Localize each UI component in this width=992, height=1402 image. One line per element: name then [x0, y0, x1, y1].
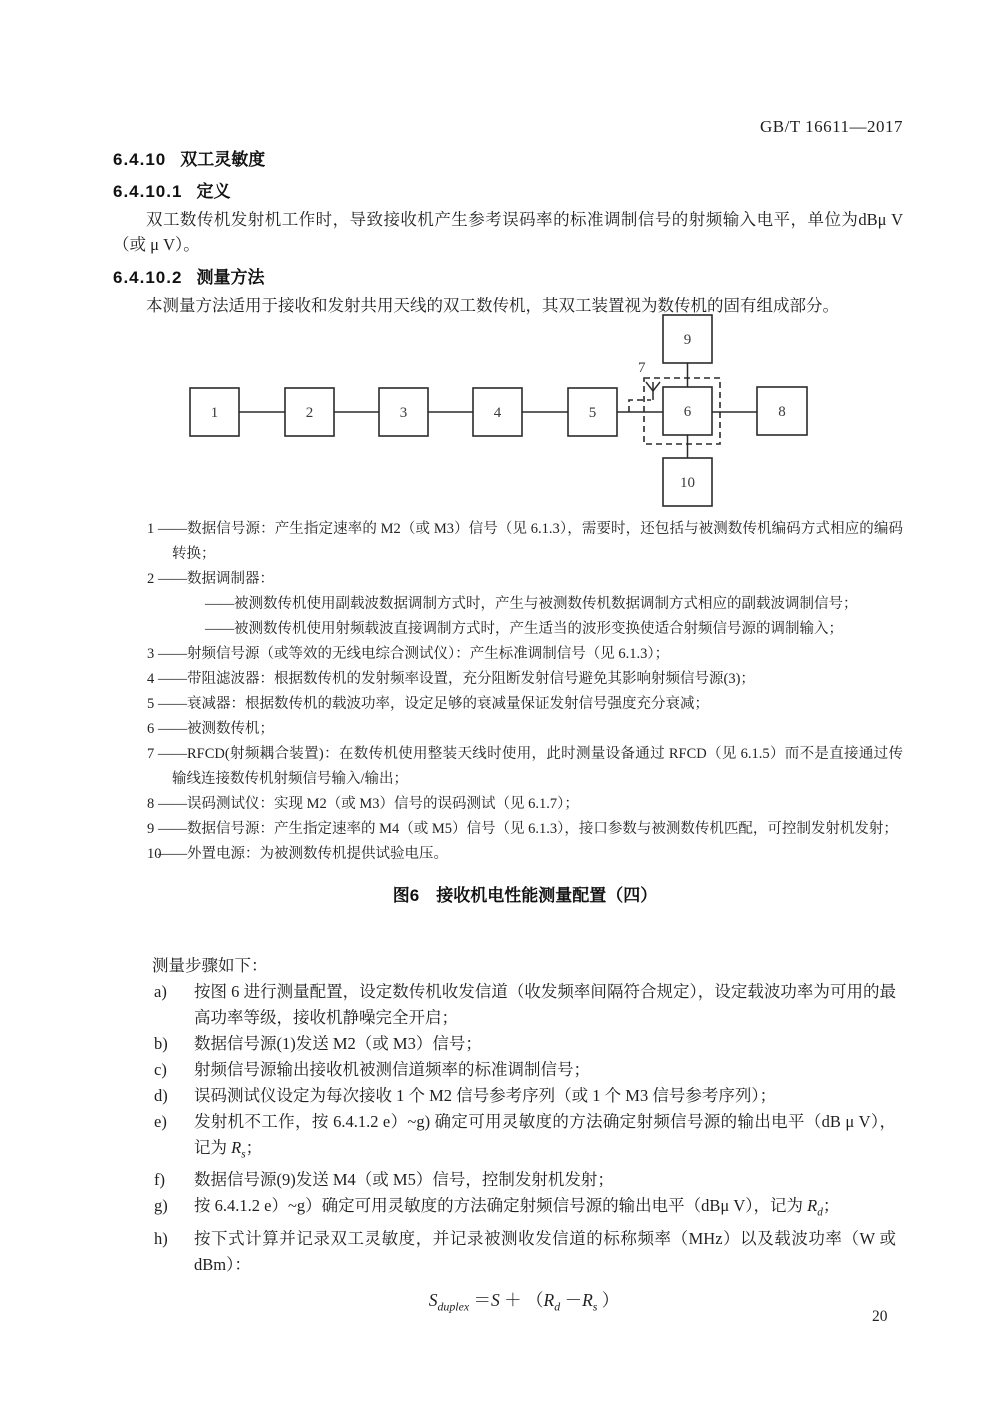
text-segment: 按下式计算并记录双工灵敏度，并记录被测收发信道的标称频率（MHz）以及载波功率（… [194, 1229, 896, 1274]
legend-item: 7——RFCD(射频耦合装置)：在数传机使用整装天线时使用，此时测量设备通过 R… [147, 742, 903, 792]
legend-item-text: ——外置电源：为被测数传机提供试验电压。 [158, 846, 448, 862]
box-2-label: 2 [306, 405, 314, 421]
legend-item-text: ——RFCD(射频耦合装置)：在数传机使用整装天线时使用，此时测量设备通过 RF… [158, 746, 903, 787]
figure-caption: 图6 接收机电性能测量配置（四） [147, 881, 903, 906]
step-label: a) [154, 979, 167, 1005]
text-segment: 数据信号源(9)发送 M4（或 M5）信号，控制发射机发射； [194, 1170, 614, 1189]
measurement-step: d)误码测试仪设定为每次接收 1 个 M2 信号参考序列（或 1 个 M3 信号… [152, 1083, 896, 1109]
math-variable: S [491, 1290, 500, 1310]
section-number: 6.4.10.1 [113, 182, 182, 201]
step-label: b) [154, 1031, 168, 1057]
diagram-box-10: 10 [663, 458, 712, 506]
legend-item-number: 7 [147, 742, 169, 767]
legend-item: 2——数据调制器： [147, 567, 903, 592]
legend-item-text: ——射频信号源（或等效的无线电综合测试仪）：产生标准调制信号（见 6.1.3）； [158, 646, 669, 662]
text-segment: ＋ （ [500, 1290, 544, 1310]
math-variable: Rs [231, 1138, 245, 1157]
standard-number: GB/T 16611—2017 [113, 116, 903, 138]
math-variable: Rs [582, 1290, 597, 1310]
text-segment: ； [823, 1196, 840, 1215]
box-4-label: 4 [494, 405, 502, 421]
text-segment: 射频信号源输出接收机被测信道频率的标准调制信号； [194, 1060, 590, 1079]
diagram-box-6: 6 [663, 387, 712, 435]
legend-item: 10——外置电源：为被测数传机提供试验电压。 [147, 842, 903, 867]
text-segment: 误码测试仪设定为每次接收 1 个 M2 信号参考序列（或 1 个 M3 信号参考… [194, 1086, 776, 1105]
text-segment: 数据信号源(1)发送 M2（或 M3）信号； [194, 1034, 482, 1053]
legend-item-text: ——衰减器：根据数传机的载波功率，设定足够的衰减量保证发射信号强度充分衰减； [158, 696, 709, 712]
diagram-box-4: 4 [473, 388, 522, 436]
box-8-label: 8 [778, 404, 786, 420]
measurement-step: h)按下式计算并记录双工灵敏度，并记录被测收发信道的标称频率（MHz）以及载波功… [152, 1226, 896, 1278]
section-title: 双工灵敏度 [180, 150, 265, 169]
legend-item: 4——带阻滤波器：根据数传机的发射频率设置，充分阻断发射信号避免其影响射频信号源… [147, 667, 903, 692]
page-number: 20 [872, 1308, 888, 1326]
steps-list: a)按图 6 进行测量配置，设定数传机收发信道（收发频率间隔符合规定），设定载波… [152, 979, 896, 1278]
legend-item: 6——被测数传机； [147, 717, 903, 742]
antenna-icon [646, 382, 660, 400]
diagram-canvas: 7 1 2 3 4 [150, 310, 850, 520]
legend-item-number: 6 [147, 717, 169, 742]
section-number: 6.4.10.2 [113, 268, 182, 287]
step-label: h) [154, 1226, 168, 1252]
step-label: c) [154, 1057, 167, 1083]
section-title: 测量方法 [196, 268, 264, 287]
diagram-box-1: 1 [190, 388, 239, 436]
diagram-box-8: 8 [757, 387, 807, 435]
legend-item-text: ——数据调制器： [158, 571, 274, 587]
legend-item-text: ——误码测试仪：实现 M2（或 M3）信号的误码测试（见 6.1.7）； [158, 796, 579, 812]
legend-item-number: 3 [147, 642, 169, 667]
legend-item-number: 1 [147, 517, 169, 542]
section-heading-6-4-10: 6.4.10双工灵敏度 [113, 149, 903, 171]
box-5-label: 5 [589, 405, 597, 421]
math-variable: Rd [807, 1196, 823, 1215]
measurement-step: a)按图 6 进行测量配置，设定数传机收发信道（收发频率间隔符合规定），设定载波… [152, 979, 896, 1031]
figure-legend-list: 1——数据信号源：产生指定速率的 M2（或 M3）信号（见 6.1.3），需要时… [147, 517, 903, 867]
duplex-sensitivity-formula: Sduplex ＝S ＋ （Rd －Rs ） [152, 1287, 896, 1320]
text-segment: ＝ [469, 1290, 491, 1310]
legend-sub-item: ——被测数传机使用射频载波直接调制方式时，产生适当的波形变换使适合射频信号源的调… [147, 617, 903, 642]
section-title: 定义 [196, 182, 230, 201]
text-segment: ； [246, 1138, 263, 1157]
diagram-box-5: 5 [568, 388, 617, 436]
step-label: e) [154, 1109, 167, 1135]
steps-intro: 测量步骤如下： [152, 953, 896, 979]
rfcd-dashed-connector [629, 400, 651, 412]
diagram-box-9: 9 [663, 315, 712, 363]
text-segment: － [560, 1290, 582, 1310]
legend-item-number: 8 [147, 792, 169, 817]
legend-item-text: ——数据信号源：产生指定速率的 M2（或 M3）信号（见 6.1.3），需要时，… [158, 521, 903, 562]
step-label: g) [154, 1193, 168, 1219]
box-1-label: 1 [211, 405, 219, 421]
rfcd-number-label: 7 [638, 360, 646, 376]
measurement-steps-block: 测量步骤如下： a)按图 6 进行测量配置，设定数传机收发信道（收发频率间隔符合… [152, 953, 896, 1319]
definition-paragraph: 双工数传机发射机工作时，导致接收机产生参考误码率的标准调制信号的射频输入电平，单… [113, 207, 903, 257]
diagram-box-2: 2 [285, 388, 334, 436]
math-subscript: duplex [437, 1299, 469, 1313]
section-heading-6-4-10-1: 6.4.10.1定义 [113, 181, 903, 203]
box-10-label: 10 [680, 475, 695, 491]
legend-item-number: 4 [147, 667, 169, 692]
legend-item-text: ——数据信号源：产生指定速率的 M4（或 M5）信号（见 6.1.3），接口参数… [158, 821, 898, 837]
math-variable: Rd [544, 1290, 561, 1310]
text-segment: ） [597, 1290, 619, 1310]
legend-item: 1——数据信号源：产生指定速率的 M2（或 M3）信号（见 6.1.3），需要时… [147, 517, 903, 567]
step-label: d) [154, 1083, 168, 1109]
legend-sub-item: ——被测数传机使用副载波数据调制方式时，产生与被测数传机数据调制方式相应的副载波… [147, 592, 903, 617]
legend-item-number: 9 [147, 817, 169, 842]
step-label: f) [154, 1167, 165, 1193]
legend-item-number: 10 [147, 842, 169, 867]
legend-item-number: 5 [147, 692, 169, 717]
measurement-step: e)发射机不工作，按 6.4.1.2 e）~g) 确定可用灵敏度的方法确定射频信… [152, 1109, 896, 1167]
legend-item-number: 2 [147, 567, 169, 592]
box-9-label: 9 [684, 332, 692, 348]
top-text-block: GB/T 16611—2017 6.4.10双工灵敏度 6.4.10.1定义 双… [113, 116, 903, 318]
math-variable: Sduplex [429, 1290, 469, 1310]
measurement-step: b)数据信号源(1)发送 M2（或 M3）信号； [152, 1031, 896, 1057]
diagram-box-3: 3 [379, 388, 428, 436]
legend-item: 9——数据信号源：产生指定速率的 M4（或 M5）信号（见 6.1.3），接口参… [147, 817, 903, 842]
measurement-step: c)射频信号源输出接收机被测信道频率的标准调制信号； [152, 1057, 896, 1083]
text-segment: 发射机不工作，按 6.4.1.2 e）~g) 确定可用灵敏度的方法确定射频信号源… [194, 1112, 896, 1157]
section-number: 6.4.10 [113, 150, 166, 169]
legend-item: 8——误码测试仪：实现 M2（或 M3）信号的误码测试（见 6.1.7）； [147, 792, 903, 817]
legend-item-text: ——带阻滤波器：根据数传机的发射频率设置，充分阻断发射信号避免其影响射频信号源(… [158, 671, 755, 687]
legend-item-text: ——被测数传机； [158, 721, 274, 737]
legend-item: 3——射频信号源（或等效的无线电综合测试仪）：产生标准调制信号（见 6.1.3）… [147, 642, 903, 667]
box-3-label: 3 [400, 405, 408, 421]
figure-legend-block: 1——数据信号源：产生指定速率的 M2（或 M3）信号（见 6.1.3），需要时… [147, 517, 903, 906]
text-segment: 按 6.4.1.2 e）~g）确定可用灵敏度的方法确定射频信号源的输出电平（dB… [194, 1196, 807, 1215]
standard-document-page: GB/T 16611—2017 6.4.10双工灵敏度 6.4.10.1定义 双… [0, 0, 992, 1402]
measurement-step: g)按 6.4.1.2 e）~g）确定可用灵敏度的方法确定射频信号源的输出电平（… [152, 1193, 896, 1225]
section-heading-6-4-10-2: 6.4.10.2测量方法 [113, 267, 903, 289]
box-6-label: 6 [684, 404, 692, 420]
text-segment: 按图 6 进行测量配置，设定数传机收发信道（收发频率间隔符合规定），设定载波功率… [194, 982, 896, 1027]
measurement-step: f)数据信号源(9)发送 M4（或 M5）信号，控制发射机发射； [152, 1167, 896, 1193]
figure-6-block-diagram: 7 1 2 3 4 [150, 310, 850, 520]
legend-item: 5——衰减器：根据数传机的载波功率，设定足够的衰减量保证发射信号强度充分衰减； [147, 692, 903, 717]
